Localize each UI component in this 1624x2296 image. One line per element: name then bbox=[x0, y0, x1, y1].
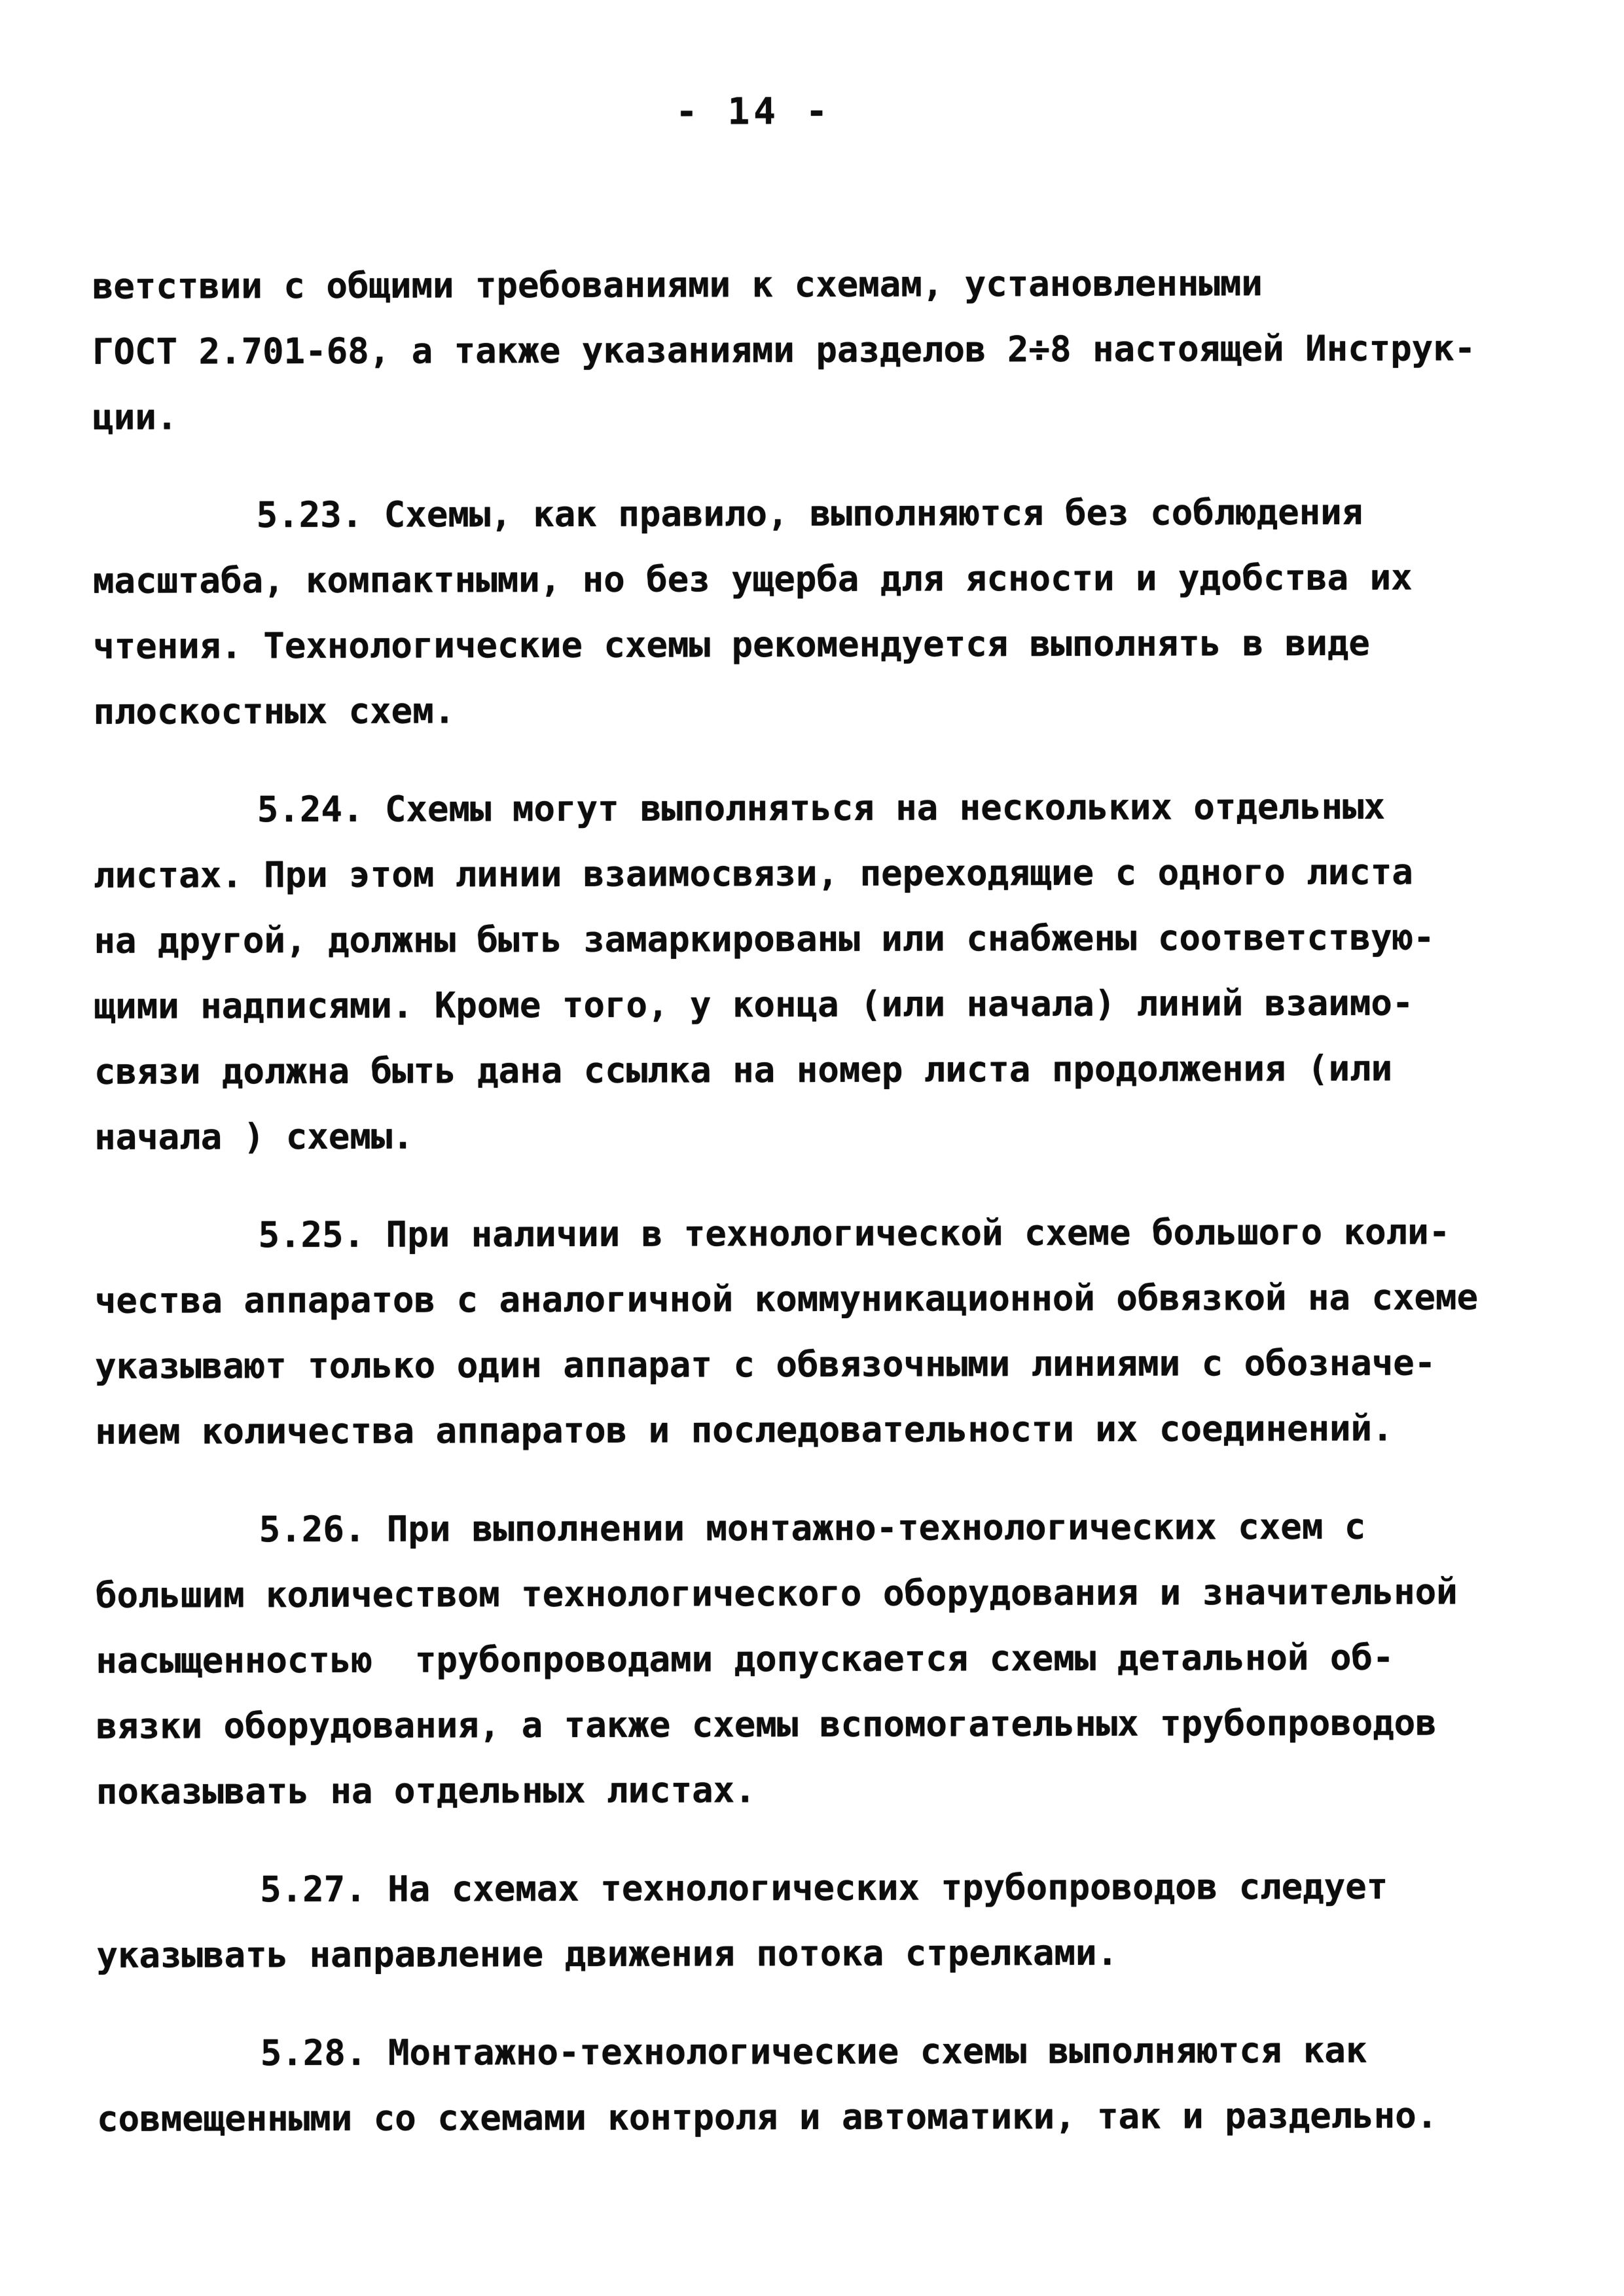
text-line: чества аппаратов с аналогичной коммуника… bbox=[95, 1265, 1523, 1334]
text-line: 5.27. На схемах технологических трубопро… bbox=[96, 1854, 1524, 1923]
text-line: ветствии с общими требованиями к схемам,… bbox=[92, 250, 1520, 319]
text-line: масштаба, компактными, но без ущерба для… bbox=[93, 545, 1521, 614]
text-line: большим количеством технологического обо… bbox=[96, 1559, 1523, 1628]
text-line: указывать направление движения потока ст… bbox=[96, 1919, 1524, 1988]
text-line: 5.25. При наличии в технологической схем… bbox=[94, 1199, 1522, 1268]
text-line: 5.24. Схемы могут выполняться на несколь… bbox=[94, 774, 1521, 843]
text-line: показывать на отдельных листах. bbox=[96, 1755, 1524, 1825]
text-line: связи должна быть дана ссылка на номер л… bbox=[94, 1035, 1522, 1105]
text-line: совмещенными со схемами контроля и автом… bbox=[97, 2083, 1525, 2152]
text-line: 5.23. Схемы, как правило, выполняются бе… bbox=[93, 479, 1521, 548]
text-line: 5.26. При выполнении монтажно-технологич… bbox=[96, 1494, 1523, 1563]
text-line: на другой, должны быть замаркированы или… bbox=[94, 905, 1521, 974]
text-line: ции. bbox=[92, 381, 1520, 450]
text-line: чтения. Технологические схемы рекомендуе… bbox=[93, 610, 1521, 679]
document-text-block: ветствии с общими требованиями к схемам,… bbox=[92, 250, 1525, 2152]
text-line: насыщенностью трубопроводами допускается… bbox=[96, 1624, 1523, 1694]
paragraph: 5.25. При наличии в технологической схем… bbox=[94, 1199, 1523, 1465]
text-line: начала ) схемы. bbox=[94, 1101, 1522, 1170]
paragraph: ветствии с общими требованиями к схемам,… bbox=[92, 250, 1521, 450]
text-line: 5.28. Монтажно-технологические схемы вып… bbox=[97, 2017, 1525, 2087]
text-line: щими надписями. Кроме того, у конца (или… bbox=[94, 970, 1522, 1039]
text-line: листах. При этом линии взаимосвязи, пере… bbox=[94, 839, 1521, 908]
text-line: нием количества аппаратов и последовател… bbox=[95, 1395, 1523, 1465]
paragraph: 5.23. Схемы, как правило, выполняются бе… bbox=[93, 479, 1521, 745]
text-line: ГОСТ 2.701-68, а также указаниями раздел… bbox=[92, 315, 1520, 385]
paragraph: 5.28. Монтажно-технологические схемы вып… bbox=[97, 2017, 1525, 2152]
text-line: плоскостных схем. bbox=[93, 675, 1521, 745]
page-number: - 14 - bbox=[676, 88, 1624, 134]
text-line: указывают только один аппарат с обвязочн… bbox=[95, 1330, 1523, 1399]
text-line: вязки оборудования, а также схемы вспомо… bbox=[96, 1690, 1523, 1759]
paragraph: 5.24. Схемы могут выполняться на несколь… bbox=[94, 774, 1523, 1170]
scanned-document-page: - 14 - ветствии с общими требованиями к … bbox=[0, 0, 1624, 2296]
paragraph: 5.27. На схемах технологических трубопро… bbox=[96, 1854, 1525, 1988]
paragraph: 5.26. При выполнении монтажно-технологич… bbox=[96, 1494, 1524, 1825]
